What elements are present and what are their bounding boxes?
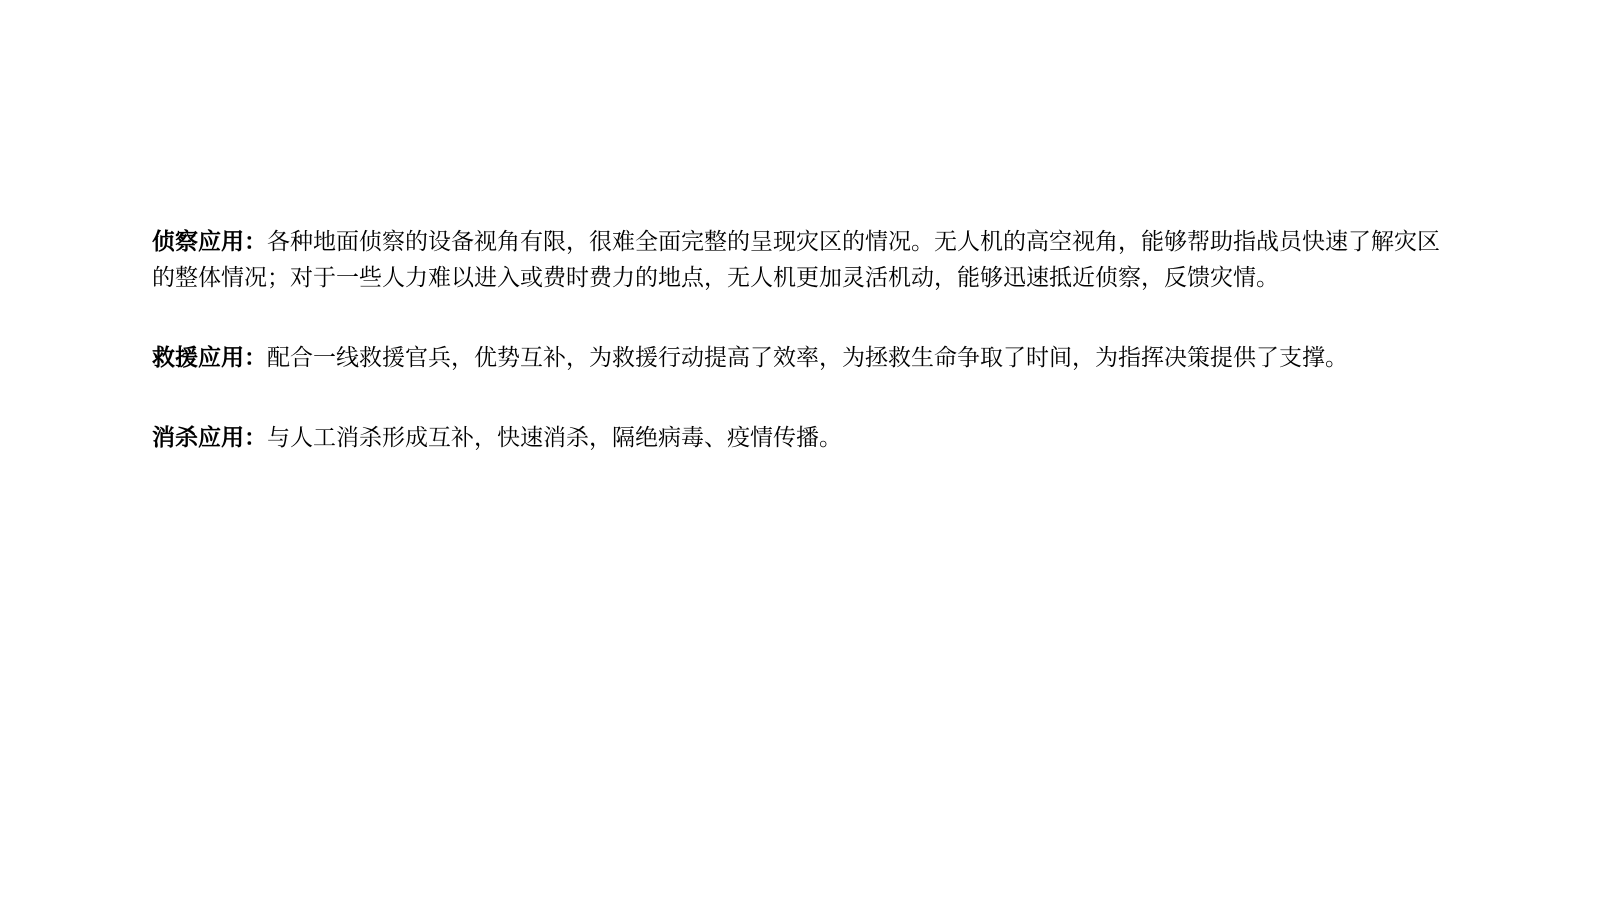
paragraph-rescue: 救援应用：配合一线救援官兵，优势互补，为救援行动提高了效率，为拯救生命争取了时间…: [152, 339, 1440, 375]
paragraph-label-disinfection: 消杀应用：: [152, 424, 267, 450]
document-page: 侦察应用：各种地面侦察的设备视角有限，很难全面完整的呈现灾区的情况。无人机的高空…: [0, 0, 1600, 900]
paragraph-label-reconnaissance: 侦察应用：: [152, 228, 267, 254]
paragraph-reconnaissance: 侦察应用：各种地面侦察的设备视角有限，很难全面完整的呈现灾区的情况。无人机的高空…: [152, 223, 1440, 295]
paragraph-label-rescue: 救援应用：: [152, 344, 267, 370]
paragraph-body-disinfection: 与人工消杀形成互补，快速消杀，隔绝病毒、疫情传播。: [267, 424, 842, 450]
text-block: 侦察应用：各种地面侦察的设备视角有限，很难全面完整的呈现灾区的情况。无人机的高空…: [152, 223, 1440, 455]
paragraph-body-rescue: 配合一线救援官兵，优势互补，为救援行动提高了效率，为拯救生命争取了时间，为指挥决…: [267, 344, 1348, 370]
paragraph-disinfection: 消杀应用：与人工消杀形成互补，快速消杀，隔绝病毒、疫情传播。: [152, 419, 1440, 455]
paragraph-body-reconnaissance: 各种地面侦察的设备视角有限，很难全面完整的呈现灾区的情况。无人机的高空视角，能够…: [152, 228, 1440, 290]
